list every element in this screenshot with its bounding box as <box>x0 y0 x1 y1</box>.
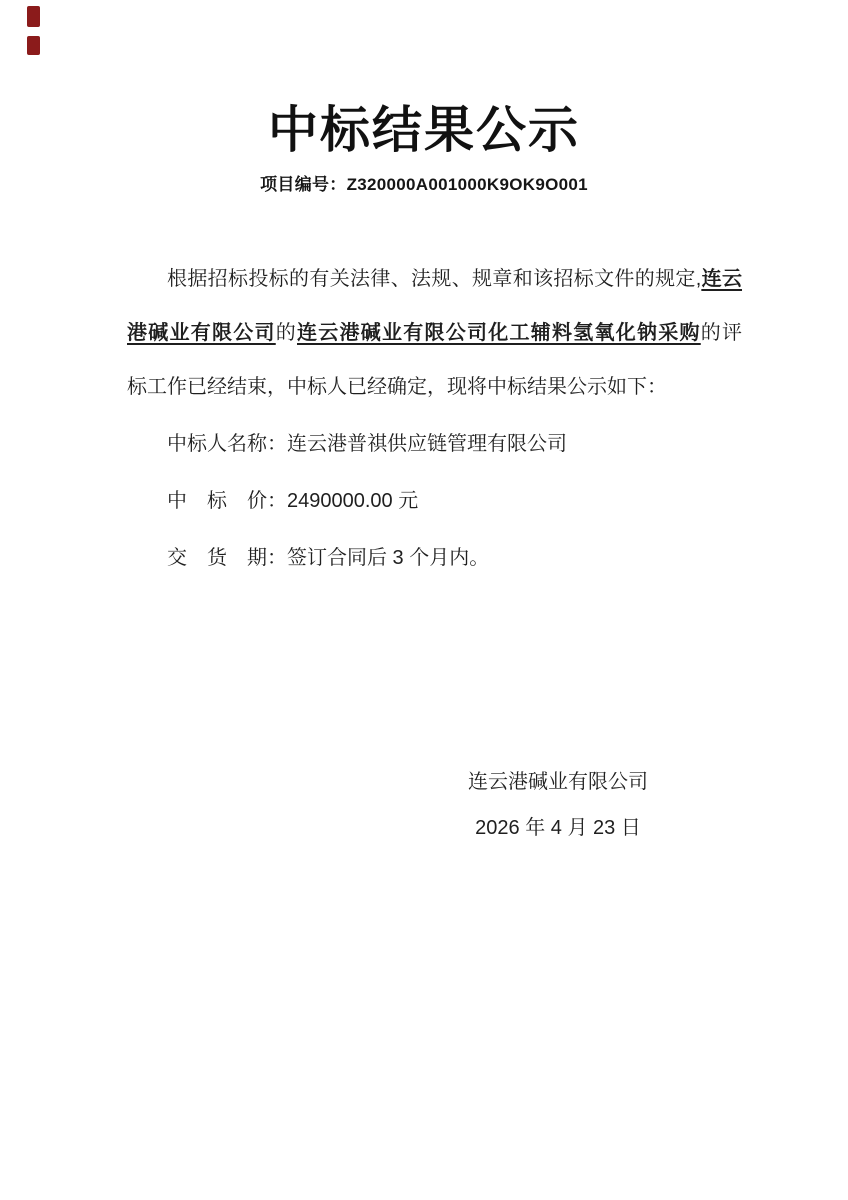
body-line-1-normal: 根据招标投标的有关法律、法规、规章和该招标文件的规定, <box>167 268 701 290</box>
winner-name-line: 中标人名称：连云港普祺供应链管理有限公司 <box>167 433 567 455</box>
signature-company: 连云港碱业有限公司 <box>398 771 718 793</box>
body-line-2: 港碱业有限公司的连云港碱业有限公司化工辅料氢氧化钠采购的评 <box>127 306 742 360</box>
body-line-3: 标工作已经结束，中标人已经确定，现将中标结果公示如下： <box>127 360 742 414</box>
bidder-company-emphasis-part2: 港碱业有限公司 <box>127 322 276 344</box>
bid-price-value: 2490000.00 元 <box>287 490 418 512</box>
winner-name-value: 连云港普祺供应链管理有限公司 <box>287 433 567 455</box>
signature-block: 连云港碱业有限公司 2026 年 4 月 23 日 <box>398 771 718 839</box>
red-stamp-mark-bottom-icon <box>27 36 40 55</box>
announcement-body: 根据招标投标的有关法律、法规、规章和该招标文件的规定,连云 港碱业有限公司的连云… <box>127 252 742 414</box>
delivery-period-value: 签订合同后 3 个月内。 <box>287 547 489 569</box>
project-name-emphasis: 连云港碱业有限公司化工辅料氢氧化钠采购 <box>297 322 701 344</box>
bid-price-label: 中 标 价： <box>167 490 287 512</box>
page-title: 中标结果公示 <box>0 104 848 156</box>
document-page: 中标结果公示 项目编号：Z320000A001000K9OK9O001 根据招标… <box>0 0 848 1200</box>
body-line-2-normal2: 的评 <box>701 322 742 344</box>
signature-date: 2026 年 4 月 23 日 <box>398 817 718 839</box>
bidder-company-emphasis-part1: 连云 <box>701 268 742 290</box>
delivery-period-label: 交 货 期： <box>167 547 287 569</box>
delivery-period-line: 交 货 期：签订合同后 3 个月内。 <box>167 547 489 569</box>
project-number: 项目编号：Z320000A001000K9OK9O001 <box>0 174 848 196</box>
winner-name-label: 中标人名称： <box>167 433 287 455</box>
red-stamp-mark-top-icon <box>27 6 40 27</box>
bid-price-line: 中 标 价：2490000.00 元 <box>167 490 418 512</box>
body-line-1: 根据招标投标的有关法律、法规、规章和该招标文件的规定,连云 <box>127 252 742 306</box>
body-line-2-normal1: 的 <box>276 322 297 344</box>
